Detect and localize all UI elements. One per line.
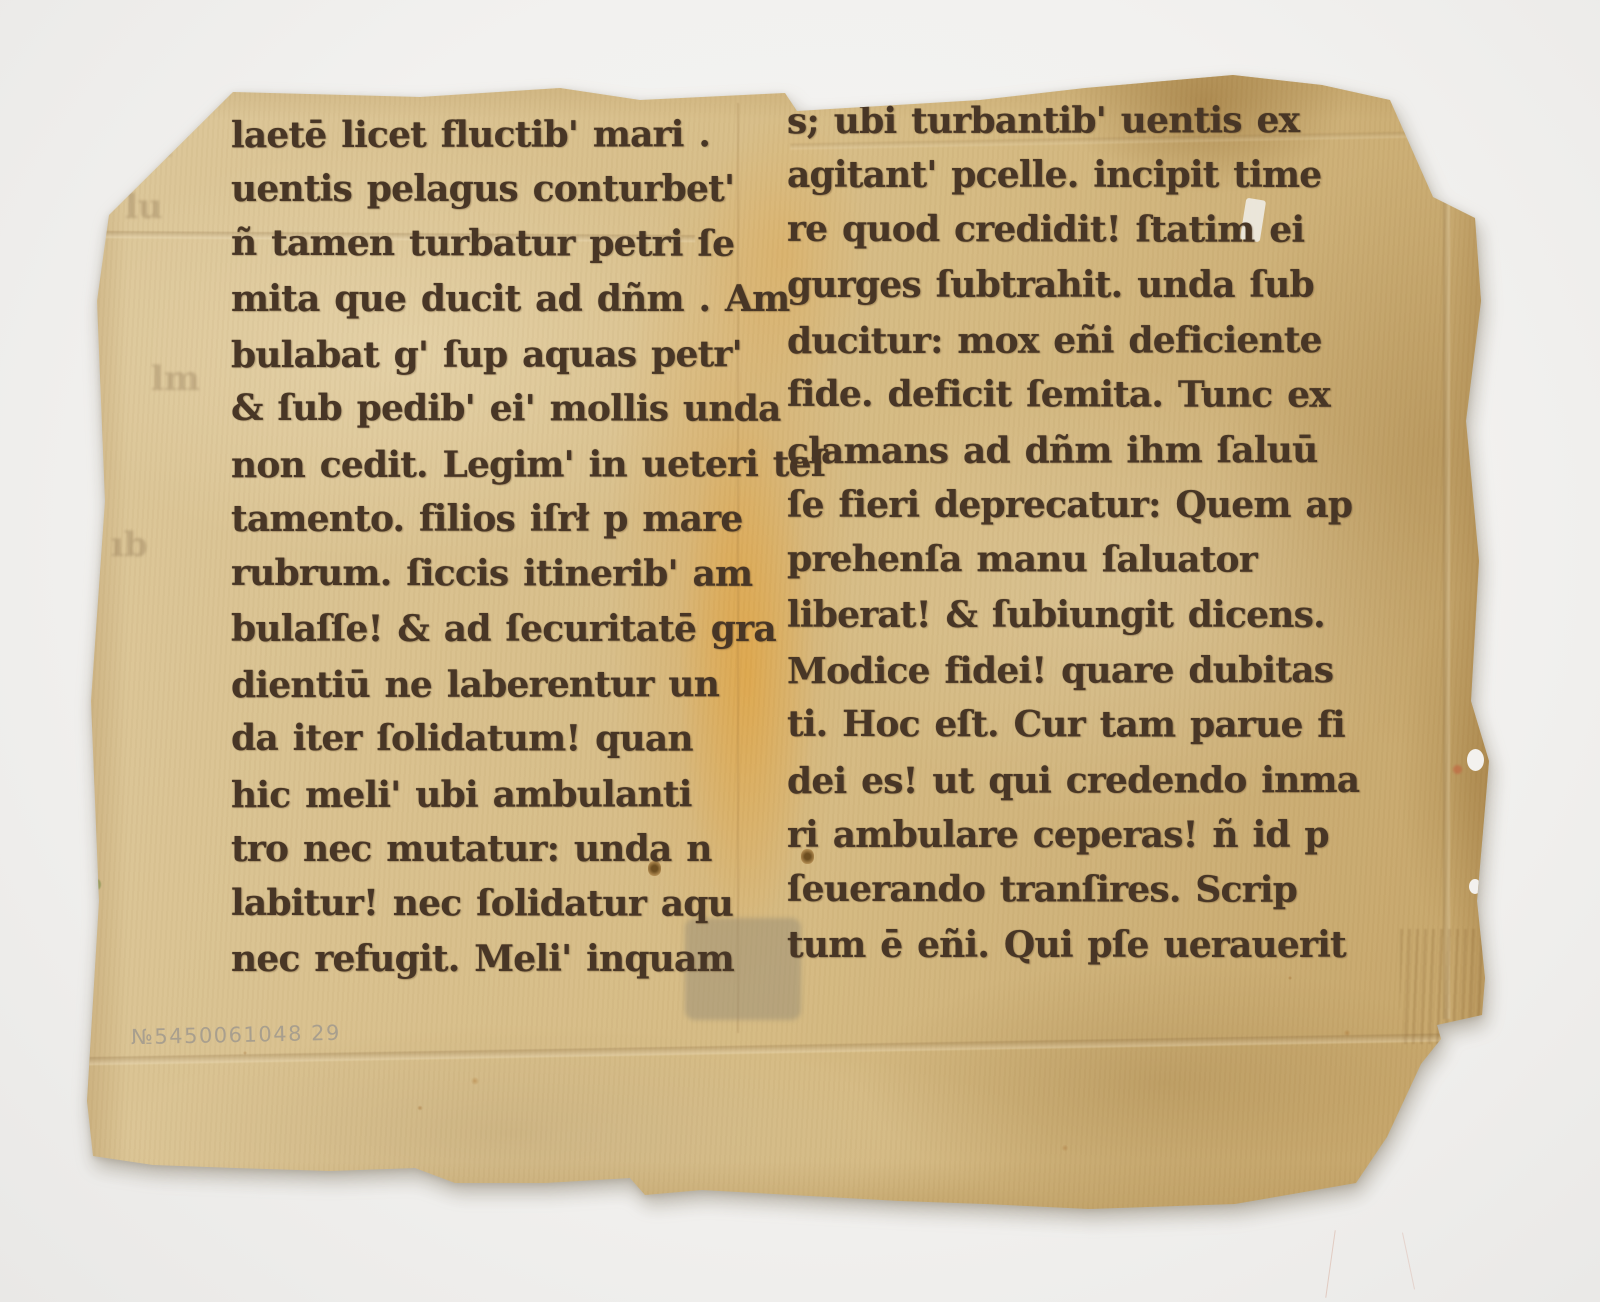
parchment-loss [1467,749,1484,771]
text-line: tro nec mutatur: unda n [231,822,825,877]
text-line: & ſub pedib' ei' mollis unda [231,381,825,437]
pencil-accession-number: №5450061048 29 [131,1021,341,1049]
parchment-loss [1469,879,1481,894]
text-line: s; ubi turbantib' uentis ex [787,93,1359,149]
text-line: ñ tamen turbatur petri ſe [231,216,825,272]
text-line: nec refugit. Meli' inquam [231,932,825,987]
right-text-column: s; ubi turbantib' uentis ex agitant' pce… [787,93,1359,973]
manuscript-photo: al lu lm ıb ſolıdatū ıınllſ ſ p ıılatıt … [0,0,1600,1302]
text-line: ſeuerando tranſires. Scrip [787,862,1359,918]
text-line: fide. deficit ſemita. Tunc ex [787,367,1359,423]
text-line: ri ambulare ceperas! ñ id p [787,808,1359,863]
background-fiber [1325,1230,1335,1297]
text-line: agitant' pcelle. incipit time [787,148,1359,203]
text-line: Modice fidei! quare dubitas [787,643,1359,699]
text-line: dientiū ne laberentur un [231,657,825,713]
parchment-leaf-wrapper: al lu lm ıb ſolıdatū ıınllſ ſ p ıılatıt … [85,73,1491,1219]
text-line: ſe fieri deprecatur: Quem ap [787,478,1359,533]
green-speck [93,879,101,890]
cropped-top-line-left: ſolıdatū ıınllſ [235,49,517,91]
text-line: gurges ſubtrahit. unda ſub [787,258,1359,313]
background-fiber [1402,1233,1415,1290]
show-through-fragment: ıb [111,525,148,565]
show-through-fragment: lm [151,359,200,399]
text-line: mita que ducit ad dñm . Am [231,272,825,327]
text-line: tum ē eñi. Qui pſe uerauerit [787,918,1359,973]
show-through-fragment: al [137,125,172,165]
text-line: liberat! & ſubiungit dicens. [787,588,1359,643]
text-line: ducitur: mox eñi deficiente [787,313,1359,369]
text-line: dei es! ut qui credendo inma [787,753,1359,809]
text-line: re quod credidit! ſtatim ei [787,202,1359,258]
text-line: hic meli' ubi ambulanti [231,767,825,823]
text-line: da iter ſolidatum! quan [231,711,825,767]
text-line: clamans ad dñm ihm ſaluū [787,423,1359,479]
text-line: uentis pelagus conturbet' [231,162,825,217]
text-line: non cedit. Legim' in ueteri teſ [231,437,825,493]
fold-crease [1443,79,1450,1019]
red-pigment-speck [1453,765,1462,774]
cropped-top-line-right: ſ p ıılatıt [787,43,975,85]
parchment-leaf: al lu lm ıb ſolıdatū ıınllſ ſ p ıılatıt … [85,73,1491,1219]
show-through-fragment: lu [125,187,163,227]
text-line: bulaſſe! & ad ſecuritatē gra [231,602,825,657]
text-line: tamento. filios iſrł p mare [231,492,825,547]
text-line: bulabat g' ſup aquas petr' [231,327,825,383]
text-line: labitur! nec ſolidatur aqu [231,876,825,932]
text-line: laetē licet fluctib' mari . [231,107,825,163]
left-text-column: laetē licet fluctib' mari . uentis pelag… [231,107,825,987]
edge-tear-streaks [1400,929,1485,1044]
text-line: ti. Hoc eſt. Cur tam parue fi [787,697,1359,753]
text-line: prehenſa manu ſaluator [787,532,1359,588]
text-line: rubrum. ſiccis itinerib' am [231,546,825,602]
